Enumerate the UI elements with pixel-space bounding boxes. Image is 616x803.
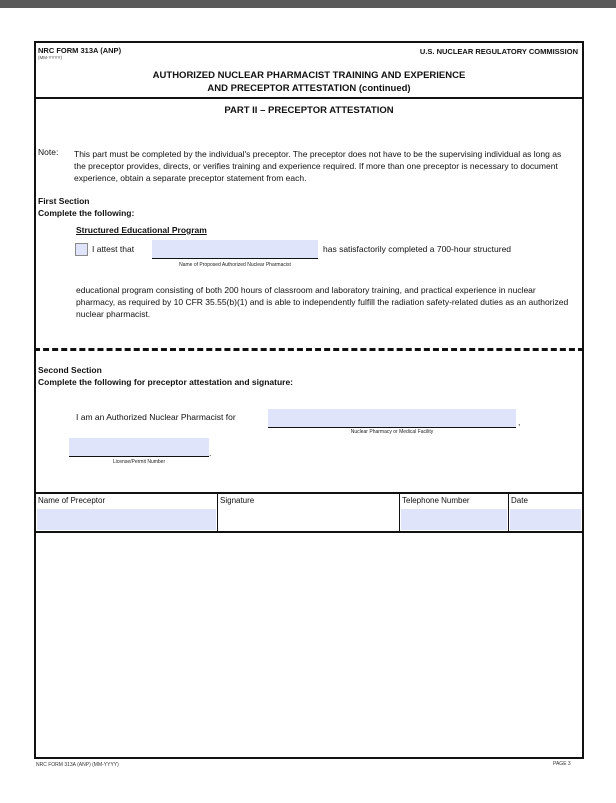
second-section-instruction: Complete the following for preceptor att… <box>38 376 293 388</box>
first-section-instruction: Complete the following: <box>38 207 134 219</box>
form-revision-date: (MM-YYYY) <box>38 55 62 60</box>
program-description: educational program consisting of both 2… <box>76 284 576 320</box>
second-section-heading: Second Section <box>38 364 102 376</box>
attest-checkbox[interactable] <box>75 243 88 256</box>
footer-form-id: NRC FORM 313A (ANP) (MM-YYYY) <box>36 762 119 768</box>
name-of-preceptor-label: Name of Preceptor <box>38 496 105 505</box>
form-title: AUTHORIZED NUCLEAR PHARMACIST TRAINING A… <box>36 69 582 95</box>
date-input[interactable] <box>510 509 581 530</box>
first-section-heading: First Section <box>38 195 89 207</box>
signature-label: Signature <box>220 496 254 505</box>
part-title: PART II – PRECEPTOR ATTESTATION <box>36 105 582 116</box>
name-of-preceptor-input[interactable] <box>37 509 216 530</box>
attest-prefix: I attest that <box>92 244 134 254</box>
form-title-line-2: AND PRECEPTOR ATTESTATION (continued) <box>36 82 582 95</box>
date-cell: Date <box>509 494 582 531</box>
license-suffix: . <box>209 448 211 458</box>
note-label: Note: <box>38 147 58 157</box>
telephone-number-input[interactable] <box>401 509 507 530</box>
signature-cell: Signature <box>218 494 400 531</box>
signature-table: Name of Preceptor Signature Telephone Nu… <box>36 492 582 533</box>
signature-area[interactable] <box>219 509 398 530</box>
license-number-input[interactable] <box>69 438 209 457</box>
form-page: NRC FORM 313A (ANP) (MM-YYYY) U.S. NUCLE… <box>34 41 584 759</box>
section-separator <box>34 348 584 351</box>
form-title-line-1: AUTHORIZED NUCLEAR PHARMACIST TRAINING A… <box>36 69 582 82</box>
facility-caption: Nuclear Pharmacy or Medical Facility <box>268 429 516 435</box>
pharmacist-name-caption: Name of Proposed Authorized Nuclear Phar… <box>152 262 318 268</box>
note-text: This part must be completed by the indiv… <box>74 148 574 184</box>
date-label: Date <box>511 496 528 505</box>
attest-suffix: has satisfactorily completed a 700-hour … <box>323 244 511 254</box>
agency-name: U.S. NUCLEAR REGULATORY COMMISSION <box>420 47 578 56</box>
footer-page-number: PAGE 3 <box>553 761 571 767</box>
header-divider <box>36 97 582 99</box>
telephone-number-cell: Telephone Number <box>400 494 509 531</box>
facility-input[interactable] <box>268 409 516 428</box>
facility-suffix: , <box>518 417 520 427</box>
license-number-caption: License/Permit Number <box>69 459 209 465</box>
form-number: NRC FORM 313A (ANP) <box>38 46 121 55</box>
structured-program-heading: Structured Educational Program <box>76 225 207 235</box>
telephone-number-label: Telephone Number <box>402 496 470 505</box>
viewer-top-bar <box>0 0 616 8</box>
anp-statement-prefix: I am an Authorized Nuclear Pharmacist fo… <box>76 412 236 422</box>
name-of-preceptor-cell: Name of Preceptor <box>36 494 218 531</box>
pharmacist-name-input[interactable] <box>152 240 318 259</box>
